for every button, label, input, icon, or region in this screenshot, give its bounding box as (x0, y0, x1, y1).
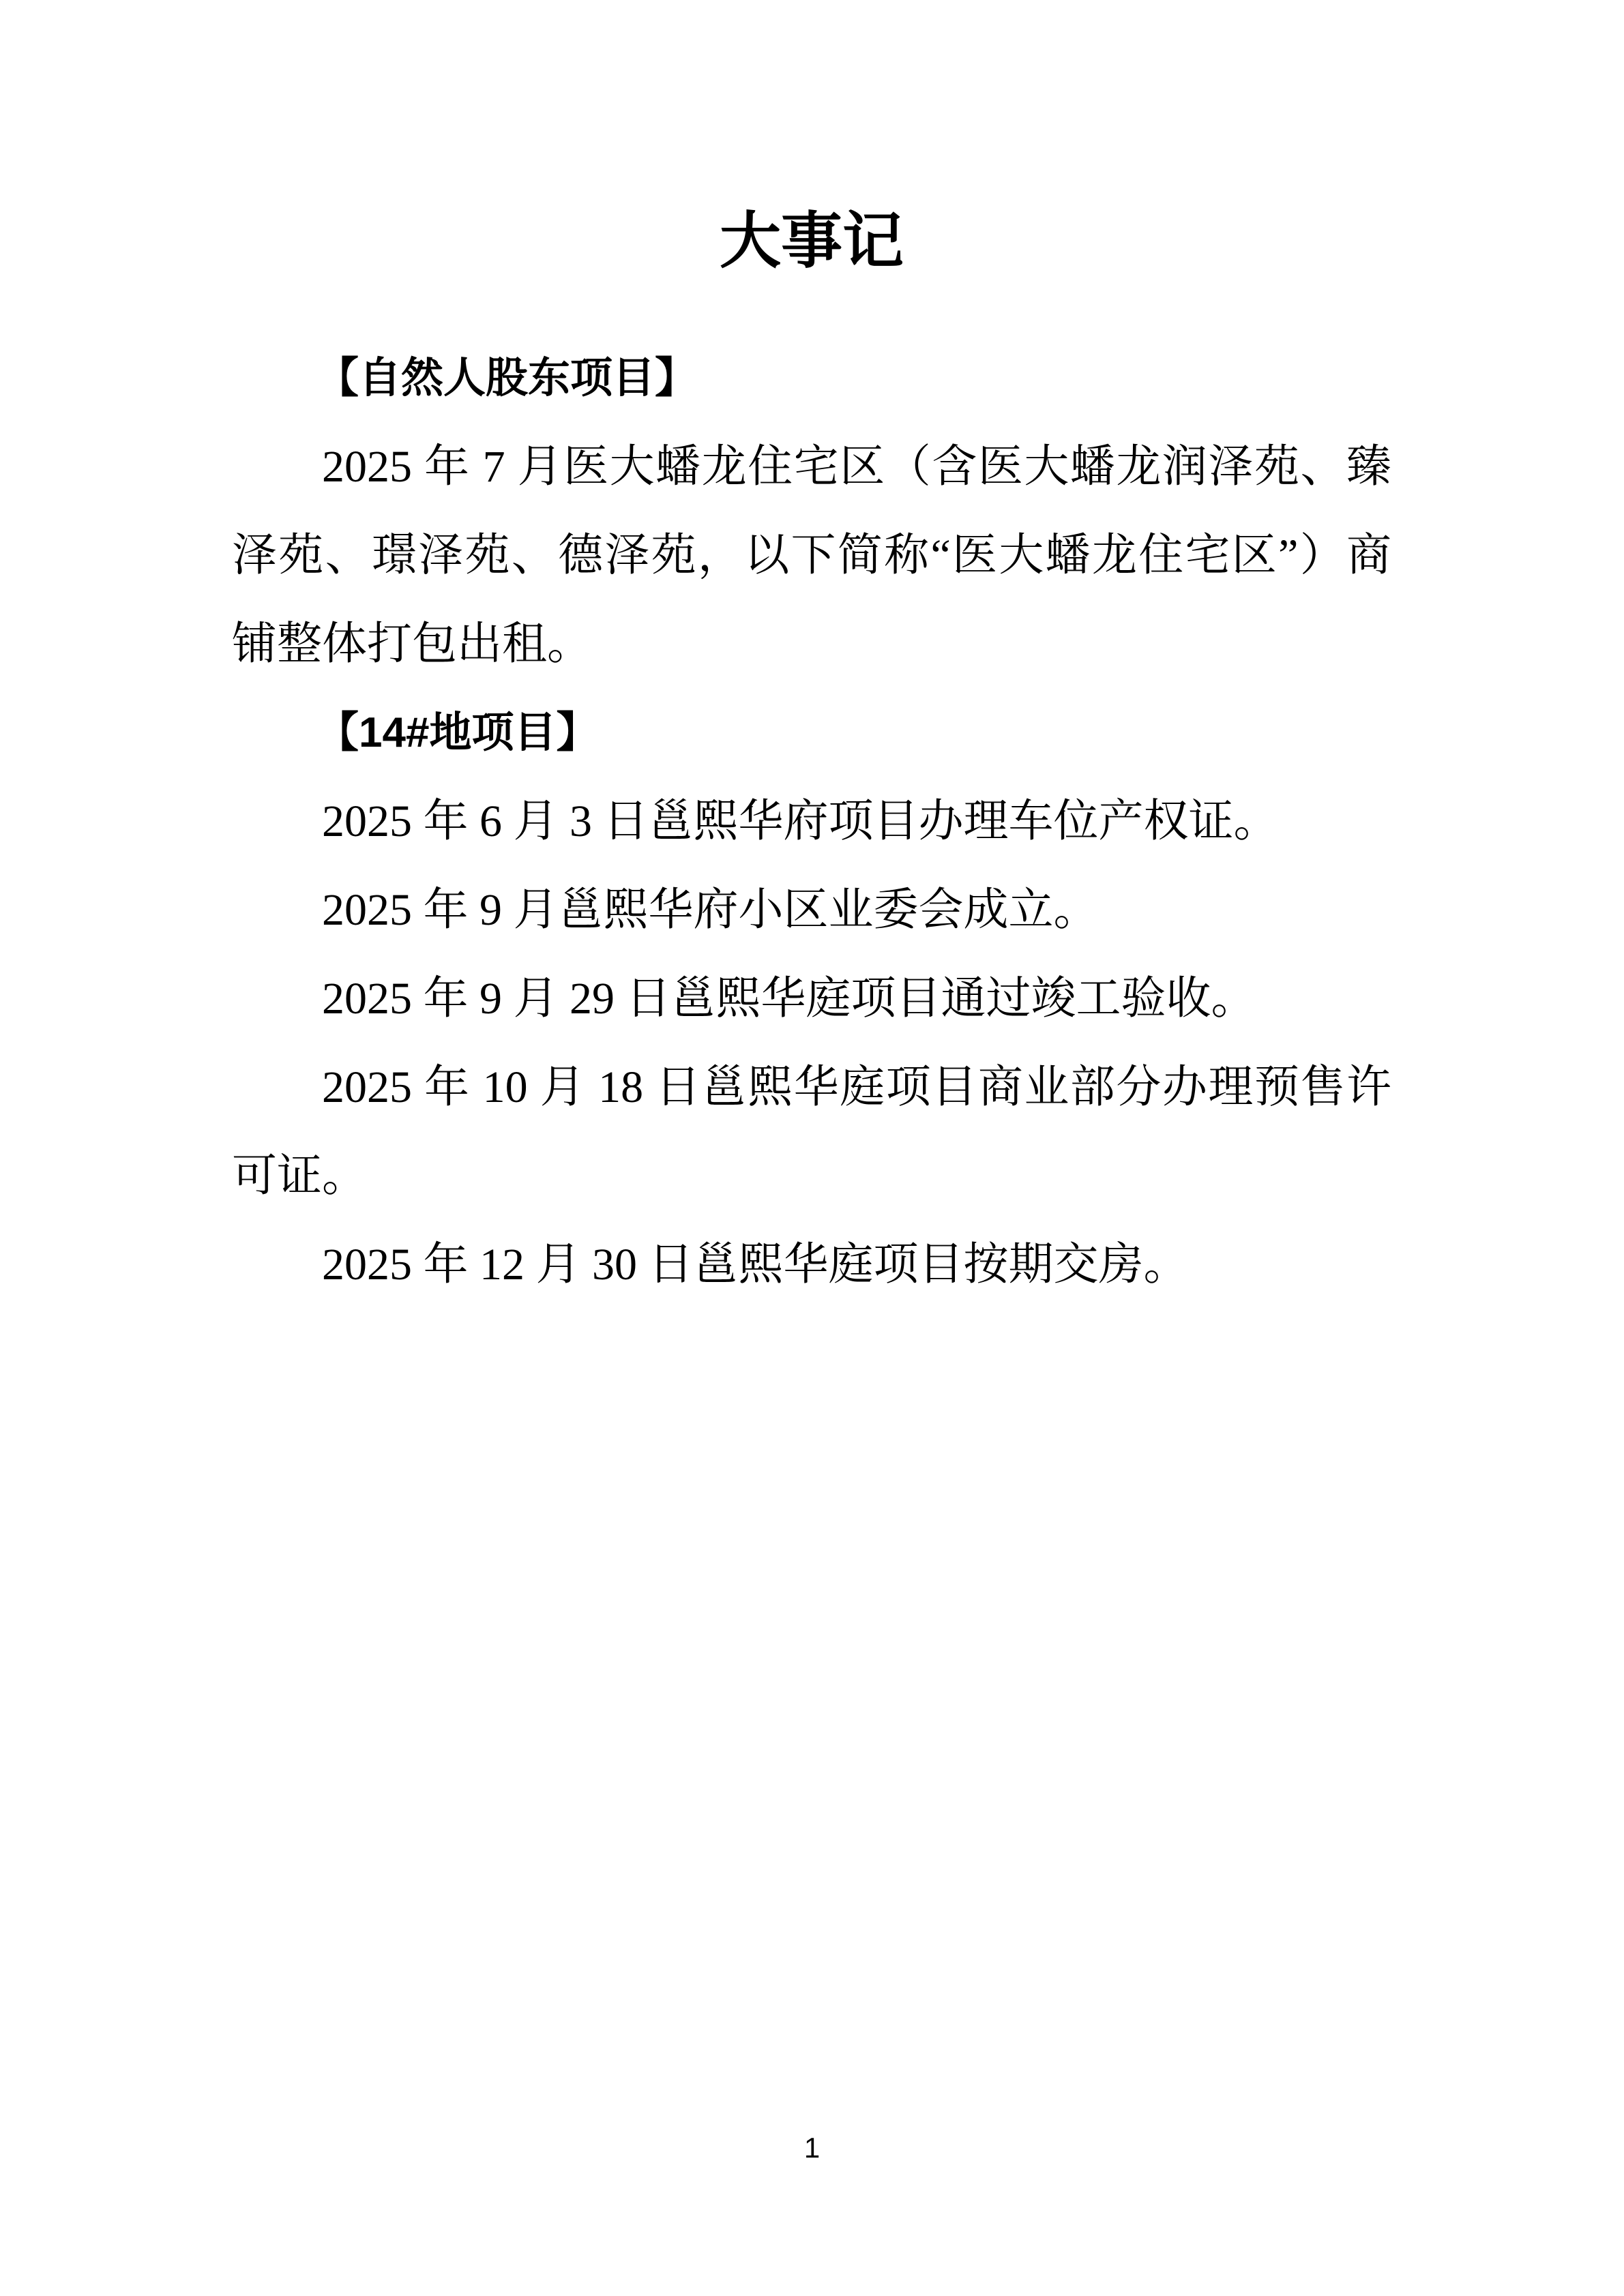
section-heading-natural-person-shareholder: 【自然人股东项目】 (232, 334, 1391, 423)
paragraph-shops-package-lease: 2025 年 7 月医大蟠龙住宅区（含医大蟠龙润泽苑、臻泽苑、璟泽苑、德泽苑，以… (232, 423, 1391, 689)
section-natural-person-shareholder-project: 【自然人股东项目】 2025 年 7 月医大蟠龙住宅区（含医大蟠龙润泽苑、臻泽苑… (232, 334, 1391, 689)
paragraph-presale-permit: 2025 年 10 月 18 日邕熙华庭项目商业部分办理预售许可证。 (232, 1043, 1391, 1221)
section-plot-14-project: 【14#地项目】 2025 年 6 月 3 日邕熙华府项目办理车位产权证。 20… (232, 689, 1391, 1309)
document-title: 大事记 (232, 198, 1391, 286)
paragraph-on-schedule-delivery: 2025 年 12 月 30 日邕熙华庭项目按期交房。 (232, 1221, 1391, 1309)
paragraph-completion-acceptance: 2025 年 9 月 29 日邕熙华庭项目通过竣工验收。 (232, 955, 1391, 1043)
page-number: 1 (804, 2132, 820, 2164)
paragraph-owners-committee-established: 2025 年 9 月邕熙华府小区业委会成立。 (232, 866, 1391, 955)
section-heading-plot-14: 【14#地项目】 (232, 689, 1391, 777)
paragraph-parking-ownership-certificate: 2025 年 6 月 3 日邕熙华府项目办理车位产权证。 (232, 777, 1391, 866)
page-footer: 1 (0, 2131, 1624, 2165)
document-page: 大事记 【自然人股东项目】 2025 年 7 月医大蟠龙住宅区（含医大蟠龙润泽苑… (0, 0, 1624, 2296)
